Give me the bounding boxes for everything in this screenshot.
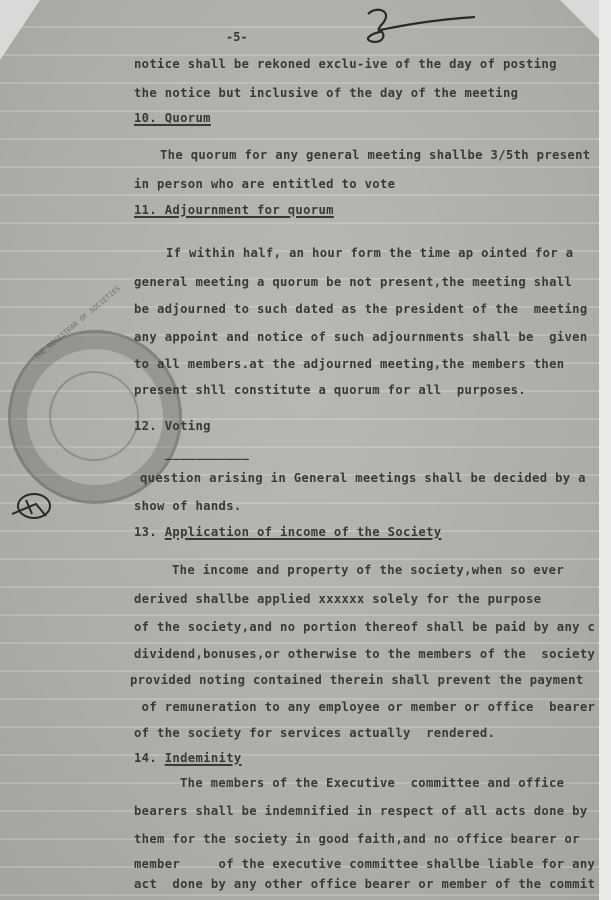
text-line: the notice but inclusive of the day of t… xyxy=(134,85,518,101)
text-line: general meeting a quorum be not present,… xyxy=(134,274,572,290)
signature-mark xyxy=(340,4,480,44)
text-line: act done by any other office bearer or m… xyxy=(134,876,595,892)
page-number: -5- xyxy=(226,30,248,44)
initials-mark xyxy=(8,488,58,528)
text-line: to all members.at the adjourned meeting,… xyxy=(134,356,565,372)
text-line: dividend,bonuses,or otherwise to the mem… xyxy=(134,646,595,662)
text-line: question arising in General meetings sha… xyxy=(140,470,586,486)
text-line: any appoint and notice of such adjournme… xyxy=(134,329,588,345)
text-line: ___________ xyxy=(134,445,249,461)
text-line: derived shallbe applied xxxxxx solely fo… xyxy=(134,591,541,607)
text-line: 14. Indeminity xyxy=(134,750,242,766)
text-line: bearers shall be indemnified in respect … xyxy=(134,803,588,819)
text-line: notice shall be rekoned exclu-ive of the… xyxy=(134,56,557,72)
text-line: 10. Quorum xyxy=(134,110,211,126)
text-line: The quorum for any general meeting shall… xyxy=(160,147,591,163)
paper-edge xyxy=(599,0,611,900)
text-line: The income and property of the society,w… xyxy=(172,562,564,578)
text-line: of the society,and no portion thereof sh… xyxy=(134,619,595,635)
text-line: show of hands. xyxy=(134,498,242,514)
text-line: 11. Adjournment for quorum xyxy=(134,202,334,218)
text-line: member of the executive committee shallb… xyxy=(134,856,595,872)
text-line: The members of the Executive committee a… xyxy=(180,775,564,791)
text-line: of the society for services actually ren… xyxy=(134,725,495,741)
stamp-inner-ring xyxy=(49,371,139,461)
text-line: present shll constitute a quorum for all… xyxy=(134,382,526,398)
text-line: in person who are entitled to vote xyxy=(134,176,395,192)
text-line: 13. Application of income of the Society xyxy=(134,524,442,540)
text-line: If within half, an hour form the time ap… xyxy=(166,245,573,261)
text-line: them for the society in good faith,and n… xyxy=(134,831,580,847)
text-line: 12. Voting xyxy=(134,418,211,434)
text-line: of remuneration to any employee or membe… xyxy=(134,699,595,715)
text-line: be adjourned to such dated as the presid… xyxy=(134,301,588,317)
text-line: provided noting contained therein shall … xyxy=(130,672,584,688)
